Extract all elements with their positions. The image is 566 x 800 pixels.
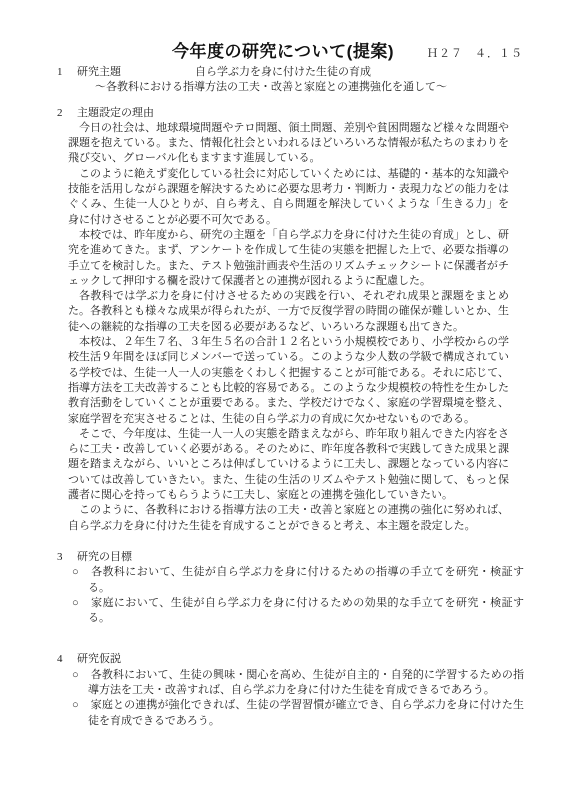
- section-number: 1: [57, 65, 77, 80]
- document-title: 今年度の研究について(提案): [172, 42, 394, 61]
- section-heading: 研究主題: [77, 66, 121, 78]
- section-number: 3: [57, 550, 77, 565]
- circle-bullet-icon: ○: [72, 699, 79, 711]
- reason-paragraph: 本校では、昨年度から、研究の主題を「自ら学ぶ力を身に付けた生徒の育成」とし、研究…: [68, 228, 509, 289]
- hypothesis-item: ○各教科において、生徒の興味・関心を高め、生徒が自主的・自発的に学習するための指…: [88, 668, 524, 699]
- hypothesis-text: 各教科において、生徒の興味・関心を高め、生徒が自主的・自発的に学習するための指導…: [88, 669, 524, 696]
- section-number: 4: [57, 652, 77, 667]
- section-reason: 2主題設定の理由 今日の社会は、地球環境問題やテロ問題、領土問題、差別や貧困問題…: [0, 106, 566, 534]
- research-subtitle: ～各教科における指導方法の工夫・改善と家庭との連携強化を通して～: [95, 80, 526, 95]
- reason-paragraph: 各教科では学ぶ力を身に付けさせるための実践を行い、それぞれ成果と課題をまとめた。…: [68, 289, 509, 335]
- circle-bullet-icon: ○: [72, 566, 79, 578]
- research-theme-text: 自ら学ぶ力を身に付けた生徒の育成: [195, 66, 371, 78]
- section-research-theme: 1研究主題自ら学ぶ力を身に付けた生徒の育成 ～各教科における指導方法の工夫・改善…: [0, 65, 566, 96]
- hypothesis-item: ○家庭との連携が強化できれば、生徒の学習習慣が確立でき、自ら学ぶ力を身に付けた生…: [88, 698, 524, 729]
- section-heading: 研究仮説: [77, 653, 121, 665]
- section-heading-row: 2主題設定の理由: [57, 106, 526, 121]
- document-header: 今年度の研究について(提案) Ｈ２７ ４．１５: [0, 42, 566, 62]
- goal-text: 各教科において、生徒が自ら学ぶ力を身に付けるための指導の手立てを研究・検証する。: [88, 566, 524, 593]
- goal-item: ○家庭において、生徒が自ら学ぶ力を身に付けるための効果的な手立てを研究・検証する…: [88, 596, 524, 627]
- reason-paragraph: そこで、今年度は、生徒一人一人の実態を踏まえながら、昨年取り組んできた内容をさら…: [68, 427, 509, 503]
- section-heading-row: 1研究主題自ら学ぶ力を身に付けた生徒の育成: [57, 65, 526, 80]
- reason-paragraph: このように、各教科における指導方法の工夫・改善と家庭との連携の強化に努めれば、自…: [68, 503, 509, 534]
- section-heading: 主題設定の理由: [77, 107, 154, 119]
- circle-bullet-icon: ○: [72, 597, 79, 609]
- section-heading-row: 3研究の目標: [57, 550, 526, 565]
- section-goals: 3研究の目標 ○各教科において、生徒が自ら学ぶ力を身に付けるための指導の手立てを…: [0, 550, 566, 626]
- reason-paragraph: 今日の社会は、地球環境問題やテロ問題、領土問題、差別や貧困問題など様々な問題や課…: [68, 121, 509, 167]
- goal-text: 家庭において、生徒が自ら学ぶ力を身に付けるための効果的な手立てを研究・検証する。: [88, 597, 524, 624]
- hypothesis-text: 家庭との連携が強化できれば、生徒の学習習慣が確立でき、自ら学ぶ力を身に付けた生徒…: [88, 699, 524, 726]
- section-heading-row: 4研究仮説: [57, 652, 526, 667]
- reason-paragraph: 本校は、２年生７名、３年生５名の合計１２名という小規模校であり、小学校からの学校…: [68, 335, 509, 427]
- section-heading: 研究の目標: [77, 551, 132, 563]
- document-page: 今年度の研究について(提案) Ｈ２７ ４．１５ 1研究主題自ら学ぶ力を身に付けた…: [0, 0, 566, 800]
- section-hypothesis: 4研究仮説 ○各教科において、生徒の興味・関心を高め、生徒が自主的・自発的に学習…: [0, 652, 566, 728]
- circle-bullet-icon: ○: [72, 669, 79, 681]
- goal-item: ○各教科において、生徒が自ら学ぶ力を身に付けるための指導の手立てを研究・検証する…: [88, 565, 524, 596]
- document-date: Ｈ２７ ４．１５: [427, 47, 523, 62]
- reason-paragraph: このように絶えず変化している社会に対応していくためには、基礎的・基本的な知識や技…: [68, 167, 509, 228]
- section-number: 2: [57, 106, 77, 121]
